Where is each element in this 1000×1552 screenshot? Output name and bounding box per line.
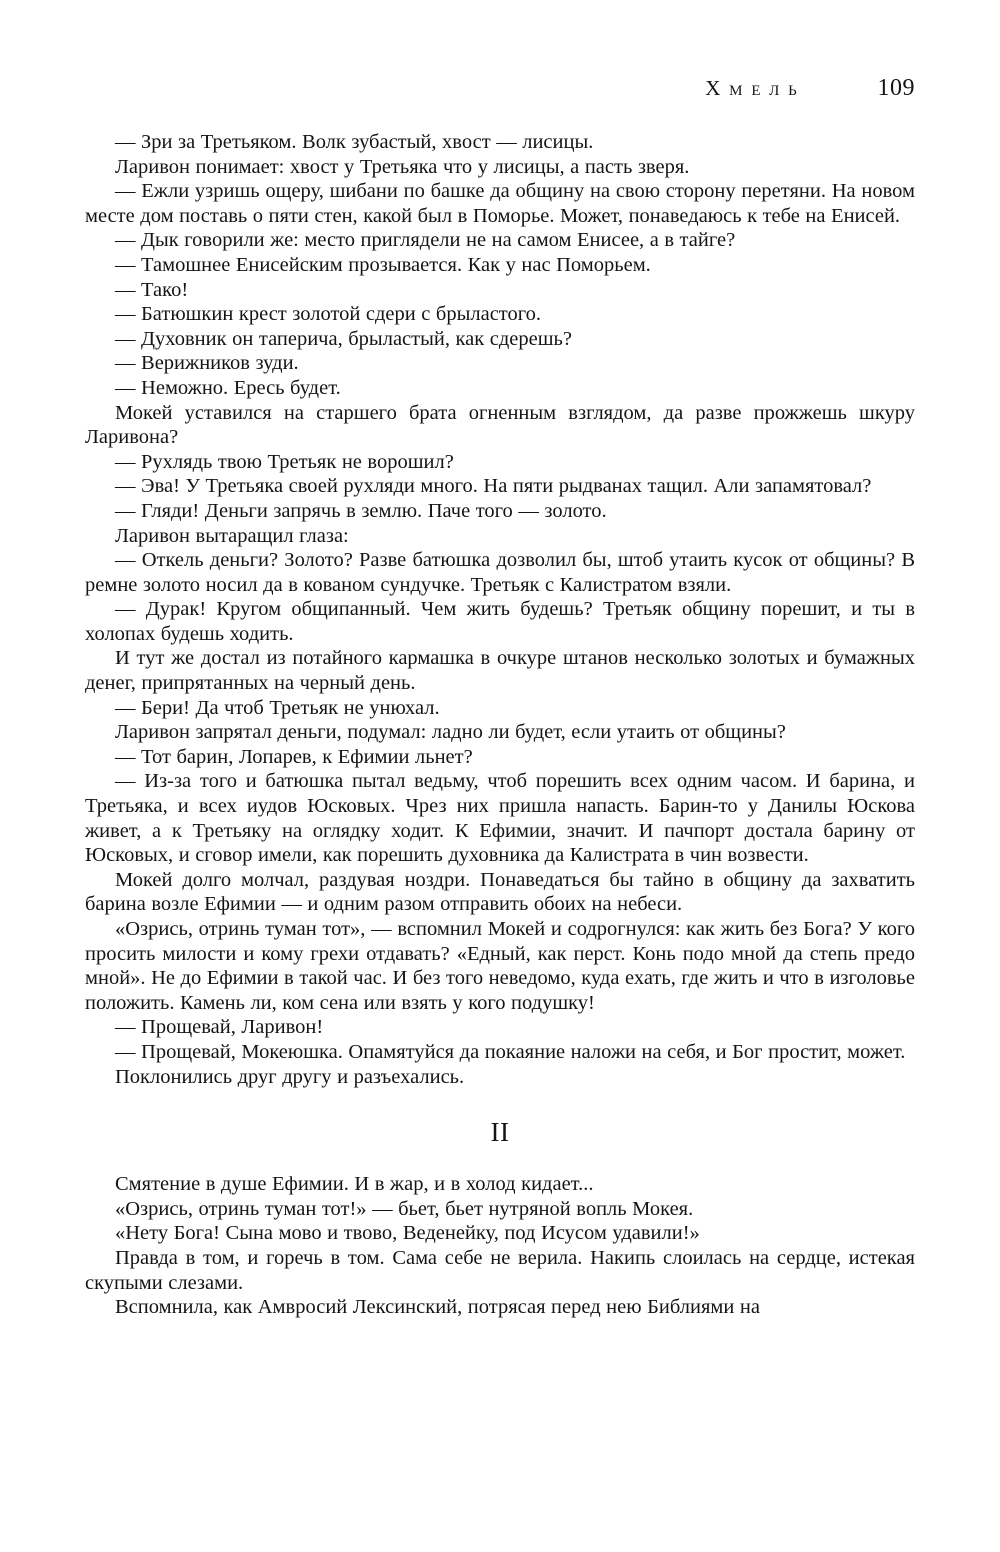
paragraph: — Бери! Да чтоб Третьяк не унюхал. bbox=[85, 696, 915, 721]
paragraph: — Духовник он таперича, брыластый, как с… bbox=[85, 327, 915, 352]
page-number: 109 bbox=[878, 76, 915, 100]
running-title: Хмель bbox=[705, 78, 805, 99]
paragraph: — Прощевай, Мокеюшка. Опамятуйся да пока… bbox=[85, 1040, 915, 1065]
paragraph: — Из-за того и батюшка пытал ведьму, что… bbox=[85, 769, 915, 867]
book-page: Хмель 109 — Зри за Третьяком. Волк зубас… bbox=[0, 0, 1000, 1552]
paragraph: — Дык говорили же: место приглядели не н… bbox=[85, 228, 915, 253]
paragraph: Вспомнила, как Амвросий Лексинский, потр… bbox=[85, 1295, 915, 1320]
paragraph: — Зри за Третьяком. Волк зубастый, хвост… bbox=[85, 130, 915, 155]
paragraph: — Рухлядь твою Третьяк не ворошил? bbox=[85, 450, 915, 475]
paragraph: — Эва! У Третьяка своей рухляди много. Н… bbox=[85, 474, 915, 499]
paragraph: «Озрись, отринь туман тот!» — бьет, бьет… bbox=[85, 1197, 915, 1222]
page-header: Хмель 109 bbox=[85, 0, 915, 108]
paragraph: — Откель деньги? Золото? Разве батюшка д… bbox=[85, 548, 915, 597]
paragraph: — Неможно. Ересь будет. bbox=[85, 376, 915, 401]
text-block: — Зри за Третьяком. Волк зубастый, хвост… bbox=[85, 130, 915, 1320]
paragraph: — Тако! bbox=[85, 278, 915, 303]
paragraph: — Тамошнее Енисейским прозывается. Как у… bbox=[85, 253, 915, 278]
paragraph: Ларивон понимает: хвост у Третьяка что у… bbox=[85, 155, 915, 180]
paragraph: Ларивон вытаращил глаза: bbox=[85, 524, 915, 549]
paragraph: — Ежли узришь ощеру, шибани по башке да … bbox=[85, 179, 915, 228]
paragraph: — Верижников зуди. bbox=[85, 351, 915, 376]
paragraph: — Дурак! Кругом общипанный. Чем жить буд… bbox=[85, 597, 915, 646]
paragraph: Ларивон запрятал деньги, подумал: ладно … bbox=[85, 720, 915, 745]
paragraph: — Прощевай, Ларивон! bbox=[85, 1015, 915, 1040]
paragraph: «Озрись, отринь туман тот», — вспомнил М… bbox=[85, 917, 915, 1015]
paragraph: — Гляди! Деньги запрячь в землю. Паче то… bbox=[85, 499, 915, 524]
section-2: Смятение в душе Ефимии. И в жар, и в хол… bbox=[85, 1172, 915, 1320]
section-1: — Зри за Третьяком. Волк зубастый, хвост… bbox=[85, 130, 915, 1089]
paragraph: Поклонились друг другу и разъехались. bbox=[85, 1065, 915, 1090]
paragraph: Мокей уставился на старшего брата огненн… bbox=[85, 401, 915, 450]
paragraph: Мокей долго молчал, раздувая ноздри. Пон… bbox=[85, 868, 915, 917]
paragraph: «Нету Бога! Сына мово и твово, Веденейку… bbox=[85, 1221, 915, 1246]
paragraph: — Батюшкин крест золотой сдери с брыласт… bbox=[85, 302, 915, 327]
paragraph: — Тот барин, Лопарев, к Ефимии льнет? bbox=[85, 745, 915, 770]
paragraph: Правда в том, и горечь в том. Сама себе … bbox=[85, 1246, 915, 1295]
paragraph: И тут же достал из потайного кармашка в … bbox=[85, 646, 915, 695]
paragraph: Смятение в душе Ефимии. И в жар, и в хол… bbox=[85, 1172, 915, 1197]
section-heading: II bbox=[85, 1119, 915, 1146]
